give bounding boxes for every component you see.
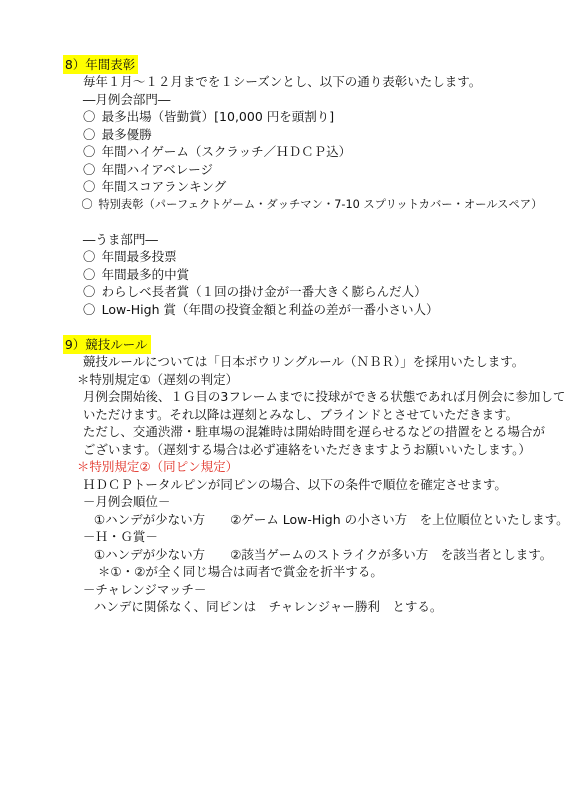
text-line-content: ①ハンデが少ない方 ②ゲーム Low-High の小さい方 を上位順位といたしま… bbox=[94, 512, 565, 527]
text-line-content: －チャレンジマッチ－ bbox=[83, 582, 207, 597]
text-line-content: 〇 最多優勝 bbox=[83, 127, 152, 142]
text-line-content: 〇 特別表彰（パーフェクトゲーム・ダッチマン・7-10 スプリットカバー・オール… bbox=[81, 198, 542, 211]
text-line-content: ただし、交通渋滞・駐車場の混雑時は開始時間を遅らせるなどの措置をとる場合が bbox=[83, 424, 545, 439]
text-line-content: 〇 Low-High 賞（年間の投資金額と利益の差が一番小さい人） bbox=[83, 302, 439, 317]
text-line-content: －月例会順位－ bbox=[83, 494, 171, 509]
document-section: 9）競技ルール 競技ルールについては「日本ボウリングルール（ＮＢＲ）」を採用いた… bbox=[0, 318, 565, 598]
section-lines: 競技ルールについては「日本ボウリングルール（ＮＢＲ）」を採用いたします。 ＊特別… bbox=[0, 336, 565, 599]
section-heading: 9）競技ルール bbox=[39, 318, 565, 336]
text-line-content: ＊特別規定②（同ピン規定） bbox=[77, 459, 238, 474]
text-line-content: 〇 年間ハイアベレージ bbox=[83, 162, 213, 177]
document-page: 8）年間表彰 毎年１月～１２月までを１シーズンとし、以下の通り表彰いたします。 … bbox=[0, 0, 565, 800]
text-line-content: 毎年１月～１２月までを１シーズンとし、以下の通り表彰いたします。 bbox=[83, 74, 481, 89]
heading-highlight-text: 8）年間表彰 bbox=[63, 55, 138, 74]
text-line-content: ―月例会部門― bbox=[83, 92, 171, 107]
section-lines: 毎年１月～１２月までを１シーズンとし、以下の通り表彰いたします。 ―月例会部門―… bbox=[0, 56, 565, 319]
text-line: ―うま部門― bbox=[67, 213, 565, 231]
text-line-content: 〇 わらしべ長者賞（１回の掛け金が一番大きく膨らんだ人） bbox=[83, 284, 427, 299]
text-line-content: ＨＤＣＰトータルピンが同ピンの場合、以下の条件で順位を確定させます。 bbox=[83, 477, 507, 492]
heading-highlight-text: 9）競技ルール bbox=[63, 335, 151, 354]
text-line-content: 〇 年間スコアランキング bbox=[83, 179, 226, 194]
text-line-content: いただけます。それ以降は遅刻とみなし、ブラインドとさせていただきます。 bbox=[83, 407, 518, 422]
text-line-content: ―うま部門― bbox=[83, 232, 158, 247]
document-section: 8）年間表彰 毎年１月～１２月までを１シーズンとし、以下の通り表彰いたします。 … bbox=[0, 38, 565, 318]
text-line-content: ＊①・②が全く同じ場合は両者で賞金を折半する。 bbox=[98, 564, 383, 579]
text-line-content: ハンデに関係なく、同ピンは チャレンジャー勝利 とする。 bbox=[94, 599, 443, 614]
text-line-content: 〇 最多出場（皆勤賞）[10,000 円を頭割り] bbox=[83, 109, 334, 124]
text-line-content: ございます。（遅刻する場合は必ず連絡をいただきますようお願いいたします。） bbox=[83, 442, 531, 457]
text-line-content: 月例会開始後、１Ｇ目の3フレームまでに投球ができる状態であれば月例会に参加して bbox=[83, 389, 565, 404]
section-heading: 8）年間表彰 bbox=[39, 38, 565, 56]
text-line-content: 〇 年間最多投票 bbox=[83, 249, 177, 264]
document-body: 8）年間表彰 毎年１月～１２月までを１シーズンとし、以下の通り表彰いたします。 … bbox=[0, 38, 565, 598]
text-line-content: 〇 年間ハイゲーム（スクラッチ／ＨＤＣＰ込） bbox=[83, 144, 351, 159]
text-line: 毎年１月～１２月までを１シーズンとし、以下の通り表彰いたします。 bbox=[67, 56, 565, 74]
text-line-content: －Ｈ・Ｇ賞－ bbox=[83, 529, 158, 544]
text-line-content: ＊特別規定①（遅刻の判定） bbox=[77, 372, 238, 387]
text-line-content: ①ハンデが少ない方 ②該当ゲームのストライクが多い方 を該当者とします。 bbox=[94, 547, 552, 562]
text-line-content: 〇 年間最多的中賞 bbox=[83, 267, 189, 282]
text-line-content: 競技ルールについては「日本ボウリングルール（ＮＢＲ）」を採用いたします。 bbox=[83, 354, 524, 369]
